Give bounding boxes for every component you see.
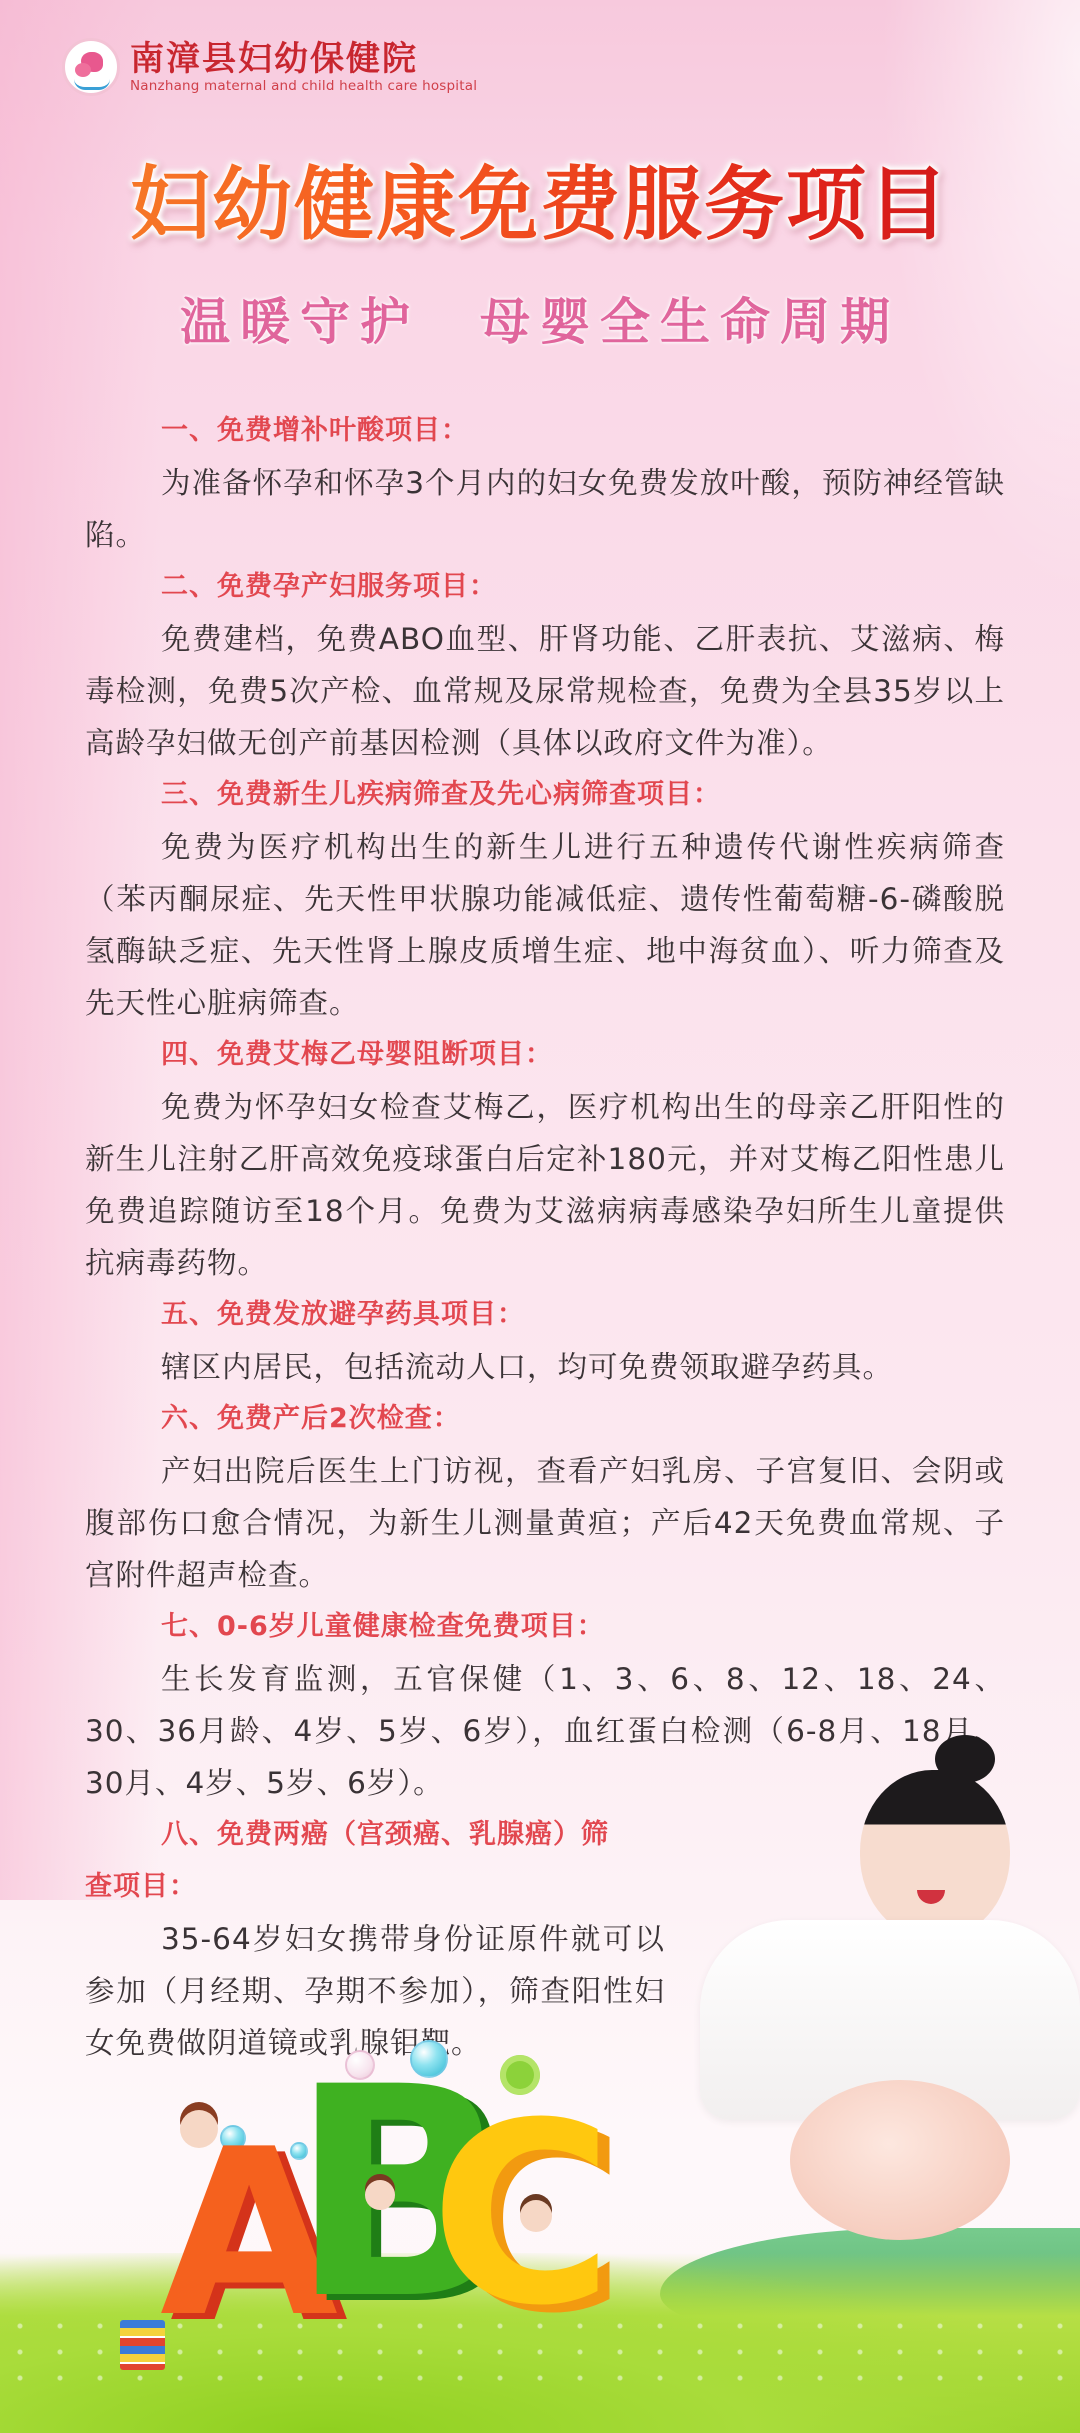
service-section-3: 三、免费新生儿疾病筛查及先心病筛查项目： 免费为医疗机构出生的新生儿进行五种遗传… <box>85 769 1005 1029</box>
girl-reading-icon <box>180 2110 218 2148</box>
child-waving-icon <box>365 2180 395 2210</box>
service-section-4: 四、免费艾梅乙母婴阻断项目： 免费为怀孕妇女检查艾梅乙，医疗机构出生的母亲乙肝阳… <box>85 1029 1005 1289</box>
subtitle-left: 温暖守护 <box>180 290 420 354</box>
section-body: 免费为医疗机构出生的新生儿进行五种遗传代谢性疾病筛查（苯丙酮尿症、先天性甲状腺功… <box>85 821 1005 1029</box>
page-title: 妇幼健康免费服务项目 <box>0 155 1080 255</box>
hospital-name: 南漳县妇幼保健院 Nanzhang maternal and child hea… <box>130 40 477 94</box>
books-icon <box>120 2320 165 2370</box>
page-subtitle: 温暖守护母婴全生命周期 <box>0 290 1080 354</box>
section-title-line2: 查项目： <box>85 1861 741 1913</box>
hospital-name-cn: 南漳县妇幼保健院 <box>130 40 477 78</box>
section-title: 二、免费孕产妇服务项目： <box>85 561 1005 613</box>
children-abc-illustration: A B C <box>120 2030 680 2360</box>
service-section-6: 六、免费产后2次检查： 产妇出院后医生上门访视，查看产妇乳房、子宫复旧、会阴或腹… <box>85 1393 1005 1601</box>
subtitle-right: 母婴全生命周期 <box>480 290 900 354</box>
service-section-2: 二、免费孕产妇服务项目： 免费建档，免费ABO血型、肝肾功能、乙肝表抗、艾滋病、… <box>85 561 1005 769</box>
section-title: 四、免费艾梅乙母婴阻断项目： <box>85 1029 1005 1081</box>
section-body: 免费为怀孕妇女检查艾梅乙，医疗机构出生的母亲乙肝阳性的新生儿注射乙肝高效免疫球蛋… <box>85 1081 1005 1289</box>
hospital-logo-bar: 南漳县妇幼保健院 Nanzhang maternal and child hea… <box>62 38 477 96</box>
section-body: 为准备怀孕和怀孕3个月内的妇女免费发放叶酸，预防神经管缺陷。 <box>85 457 1005 561</box>
service-section-1: 一、免费增补叶酸项目： 为准备怀孕和怀孕3个月内的妇女免费发放叶酸，预防神经管缺… <box>85 405 1005 561</box>
section-body: 产妇出院后医生上门访视，查看产妇乳房、子宫复旧、会阴或腹部伤口愈合情况，为新生儿… <box>85 1445 1005 1601</box>
section-title: 六、免费产后2次检查： <box>85 1393 1005 1445</box>
section-title: 五、免费发放避孕药具项目： <box>85 1289 1005 1341</box>
section-body: 免费建档，免费ABO血型、肝肾功能、乙肝表抗、艾滋病、梅毒检测，免费5次产检、血… <box>85 613 1005 769</box>
service-section-5: 五、免费发放避孕药具项目： 辖区内居民，包括流动人口，均可免费领取避孕药具。 <box>85 1289 1005 1393</box>
section-body: 辖区内居民，包括流动人口，均可免费领取避孕药具。 <box>85 1341 1005 1393</box>
pregnant-woman-photo <box>680 1730 1080 2290</box>
section-title: 七、0-6岁儿童健康检查免费项目： <box>85 1601 1005 1653</box>
section-title: 八、免费两癌（宫颈癌、乳腺癌）筛 查项目： <box>85 1809 741 1913</box>
section-title: 三、免费新生儿疾病筛查及先心病筛查项目： <box>85 769 1005 821</box>
mother-child-logo-icon <box>62 38 120 96</box>
hospital-name-en: Nanzhang maternal and child health care … <box>130 78 477 94</box>
section-title-line1: 八、免费两癌（宫颈癌、乳腺癌）筛 <box>161 1819 609 1850</box>
section-title: 一、免费增补叶酸项目： <box>85 405 1005 457</box>
boy-on-swing-icon <box>520 2200 552 2232</box>
